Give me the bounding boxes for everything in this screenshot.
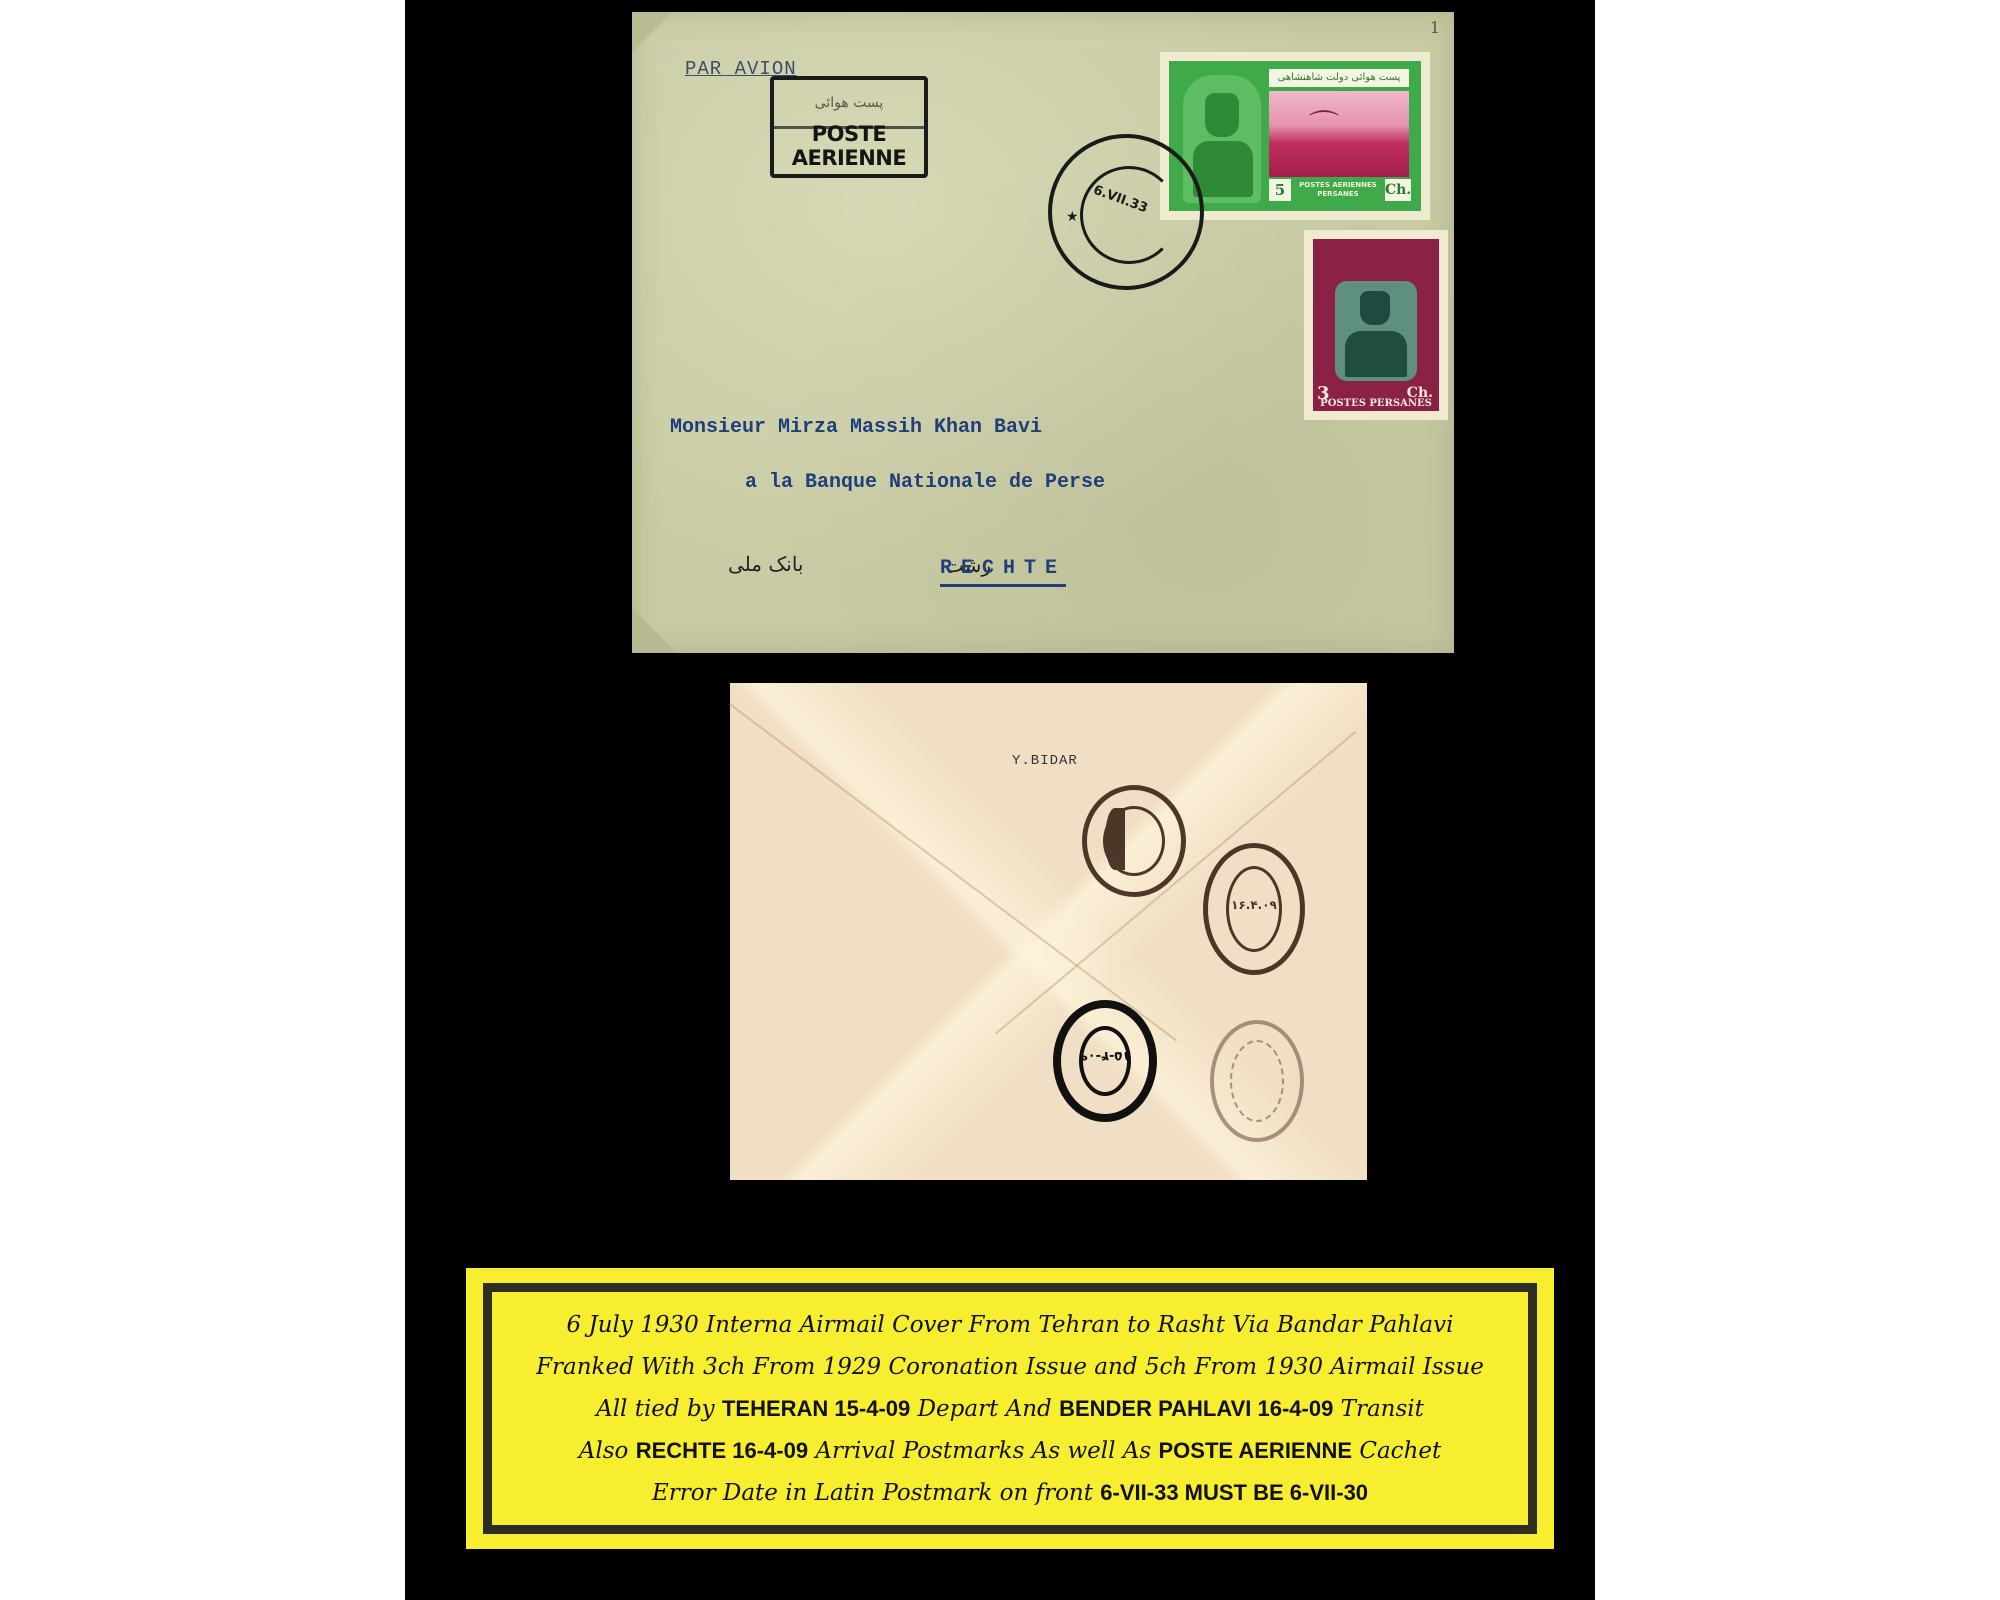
address-city: RECHTE [940, 557, 1066, 587]
description-label-border: 6 July 1930 Interna Airmail Cover From T… [483, 1283, 1537, 1534]
label-script-text: Cachet [1352, 1438, 1441, 1464]
corner-fold [632, 608, 677, 653]
label-line: Also RECHTE 16-4-09 Arrival Postmarks As… [579, 1430, 1441, 1472]
envelope-back: Y.BIDAR ۱۶.۴.۰۹ ۱۵-۴-۰۹ [730, 683, 1367, 1180]
label-line: Franked With 3ch From 1929 Coronation Is… [536, 1346, 1484, 1388]
stamp-farsi-inscription: پست هوائی دولت شاهنشاهی ایران [1269, 69, 1409, 87]
postmark-date: ۱۵-۴-۰۹ [1075, 1048, 1135, 1063]
description-label: 6 July 1930 Interna Airmail Cover From T… [466, 1268, 1554, 1549]
postmark-date: ۱۶.۴.۰۹ [1226, 898, 1282, 912]
label-line: Error Date in Latin Postmark on front 6-… [652, 1472, 1368, 1514]
eagle-mountain-scene-icon: ⌒ [1269, 91, 1409, 177]
teheran-postmark: ★ 6.VII.33 [1048, 134, 1204, 290]
label-script-text: All tied by [596, 1396, 722, 1422]
label-highlight-text: BENDER PAHLAVI 16-4-09 [1059, 1396, 1333, 1421]
label-script-text: 6 July 1930 Interna Airmail Cover From T… [567, 1312, 1454, 1338]
label-script-text: Franked With 3ch From 1929 Coronation Is… [536, 1354, 1484, 1380]
stamp-name: POSTES AERIENNES PERSANES [1293, 181, 1383, 199]
label-script-text: Transit [1333, 1396, 1424, 1422]
stamp-value: 5 [1269, 179, 1291, 201]
star-icon: ★ [1066, 208, 1079, 225]
label-highlight-text: POSTE AERIENNE [1159, 1438, 1353, 1463]
label-highlight-text: 6-VII-33 MUST BE 6-VII-30 [1100, 1480, 1368, 1505]
bender-pahlavi-postmark [1082, 785, 1186, 897]
stamp-frame: 3 Ch. POSTES PERSANES [1313, 239, 1439, 411]
page-number: 1 [1430, 18, 1440, 37]
address-line-1: Monsieur Mirza Massih Khan Bavi [670, 416, 1042, 439]
faint-postmark [1210, 1020, 1304, 1142]
cachet-latin-text: POSTE AERIENNE [778, 122, 920, 170]
poste-aerienne-cachet: پست هوائی POSTE AERIENNE [770, 76, 928, 178]
rechte-arrival-postmark: ۱۶.۴.۰۹ [1203, 843, 1305, 975]
flap-fold-line [995, 731, 1356, 1035]
corner-fold [632, 12, 672, 52]
teheran-depart-postmark: ۱۵-۴-۰۹ [1053, 1000, 1157, 1122]
label-line: All tied by TEHERAN 15-4-09 Depart And B… [596, 1388, 1424, 1430]
label-script-text: Depart And [910, 1396, 1059, 1422]
label-line: 6 July 1930 Interna Airmail Cover From T… [567, 1304, 1454, 1346]
sender-name: Y.BIDAR [1012, 753, 1078, 769]
label-script-text: Arrival Postmarks As well As [808, 1438, 1158, 1464]
label-script-text: Error Date in Latin Postmark on front [652, 1480, 1100, 1506]
stamp-name: POSTES PERSANES [1313, 398, 1439, 409]
stamp-currency: Ch. [1385, 179, 1411, 201]
address-farsi-bank: بانک ملی [728, 552, 804, 576]
label-script-text: Also [579, 1438, 636, 1464]
stamp-coronation-3ch: 3 Ch. POSTES PERSANES [1304, 230, 1448, 420]
portrait-reza-shah-icon [1335, 281, 1417, 381]
envelope-front: PAR AVION 1 پست هوائی POSTE AERIENNE پست… [632, 12, 1454, 653]
label-highlight-text: RECHTE 16-4-09 [636, 1438, 808, 1463]
address-line-2: a la Banque Nationale de Perse [745, 471, 1105, 494]
stamp-frame: پست هوائی دولت شاهنشاهی ایران ⌒ 5 POSTES… [1169, 61, 1421, 211]
label-highlight-text: TEHERAN 15-4-09 [722, 1396, 910, 1421]
eagle-icon: ⌒ [1309, 101, 1339, 145]
